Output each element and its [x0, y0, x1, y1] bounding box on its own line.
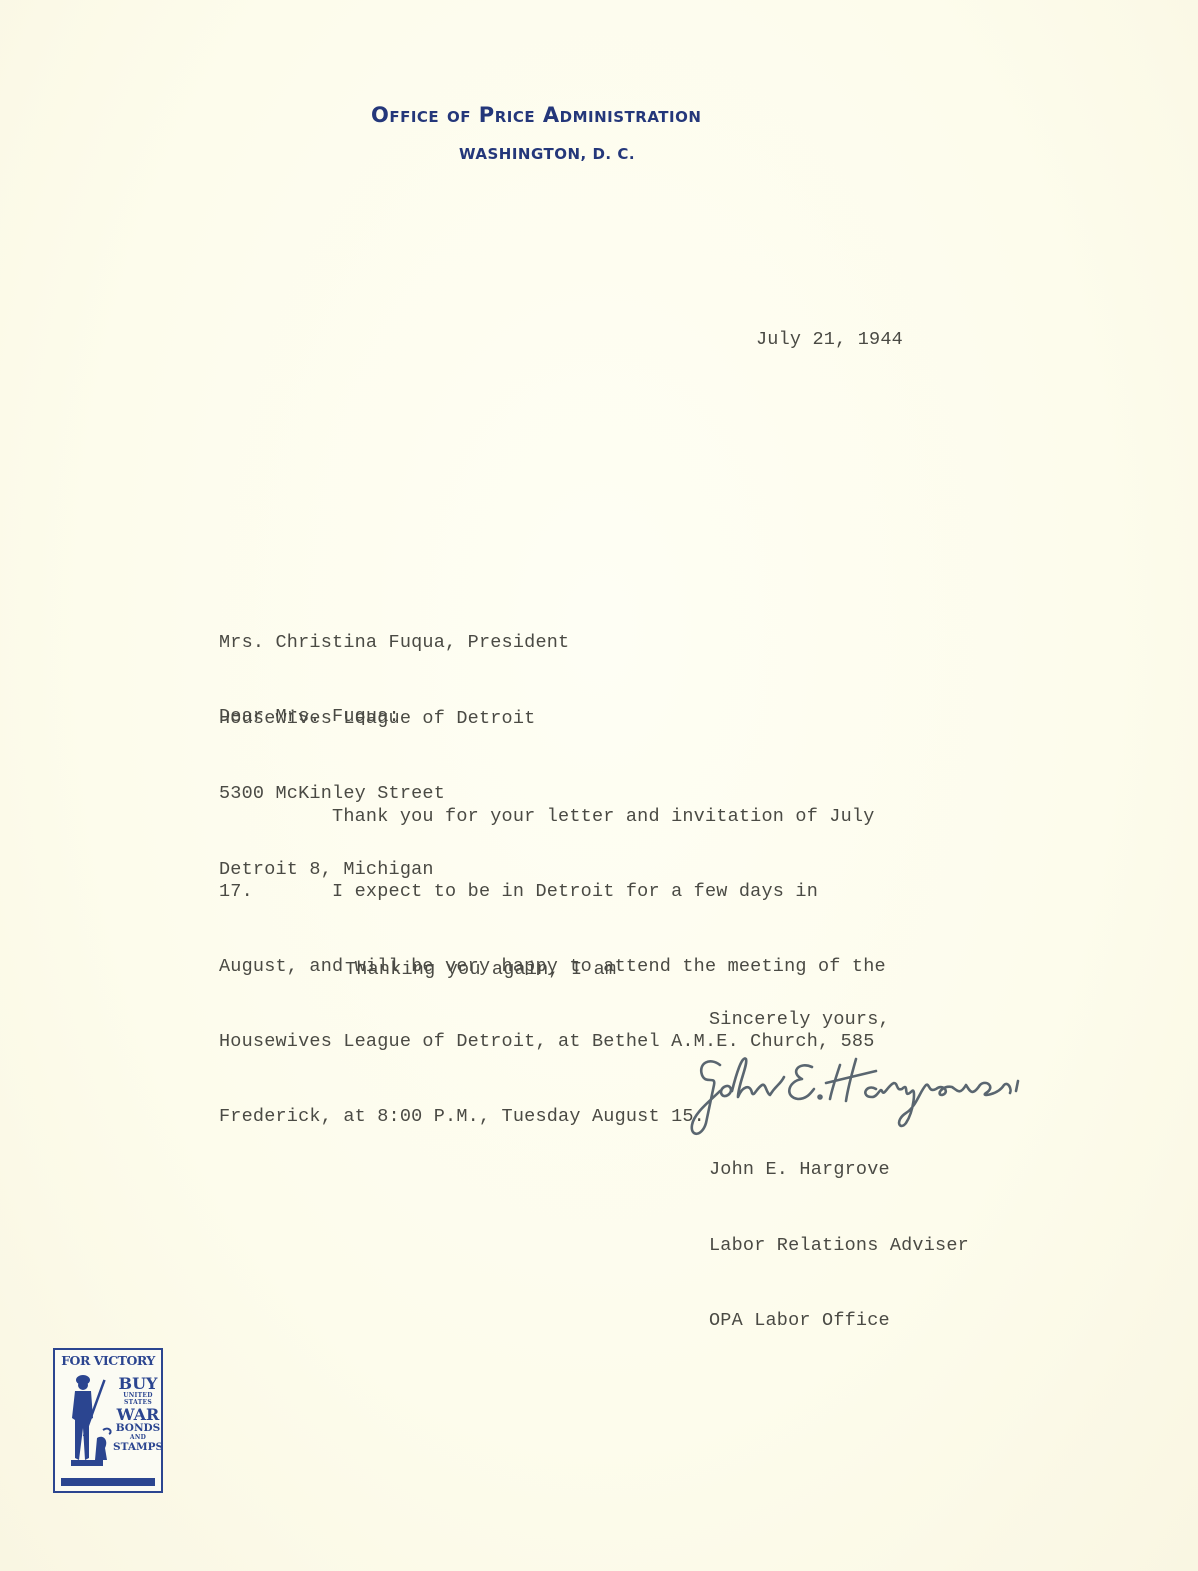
signature-block: John E. Hargrove Labor Relations Adviser… — [709, 1107, 969, 1384]
minuteman-statue-icon — [59, 1368, 117, 1478]
recipient-line: Mrs. Christina Fuqua, President — [219, 630, 569, 656]
war-bonds-stamp: FOR VICTORY BUY UNITED STATES WAR BONDS … — [53, 1348, 163, 1493]
letterhead-organization: Office of Price Administration — [371, 103, 761, 127]
stamp-base — [61, 1478, 155, 1486]
stamp-header: FOR VICTORY — [55, 1353, 161, 1368]
signatory-title: Labor Relations Adviser — [709, 1233, 969, 1259]
body-line: I expect to be in Detroit for a few days… — [219, 879, 886, 904]
body-paragraph-3: Thanking you again, I am — [345, 957, 616, 982]
stamp-line: BONDS — [113, 1423, 163, 1434]
letter-page: Office of Price Administration WASHINGTO… — [0, 0, 1198, 1571]
letter-date: July 21, 1944 — [756, 327, 903, 352]
letterhead-location: WASHINGTON, D. C. — [459, 145, 679, 163]
stamp-line: STAMPS — [113, 1442, 163, 1453]
signatory-name: John E. Hargrove — [709, 1157, 969, 1183]
stamp-text: BUY UNITED STATES WAR BONDS AND STAMPS — [113, 1376, 163, 1452]
closing: Sincerely yours, — [709, 1007, 890, 1032]
signatory-office: OPA Labor Office — [709, 1308, 969, 1334]
stamp-line: AND — [113, 1435, 163, 1441]
salutation: Dear Mrs. Fuqua: — [219, 704, 400, 729]
body-line: Thank you for your letter and invitation… — [219, 804, 875, 829]
stamp-line: BUY — [113, 1376, 163, 1392]
stamp-line: WAR — [113, 1407, 163, 1423]
